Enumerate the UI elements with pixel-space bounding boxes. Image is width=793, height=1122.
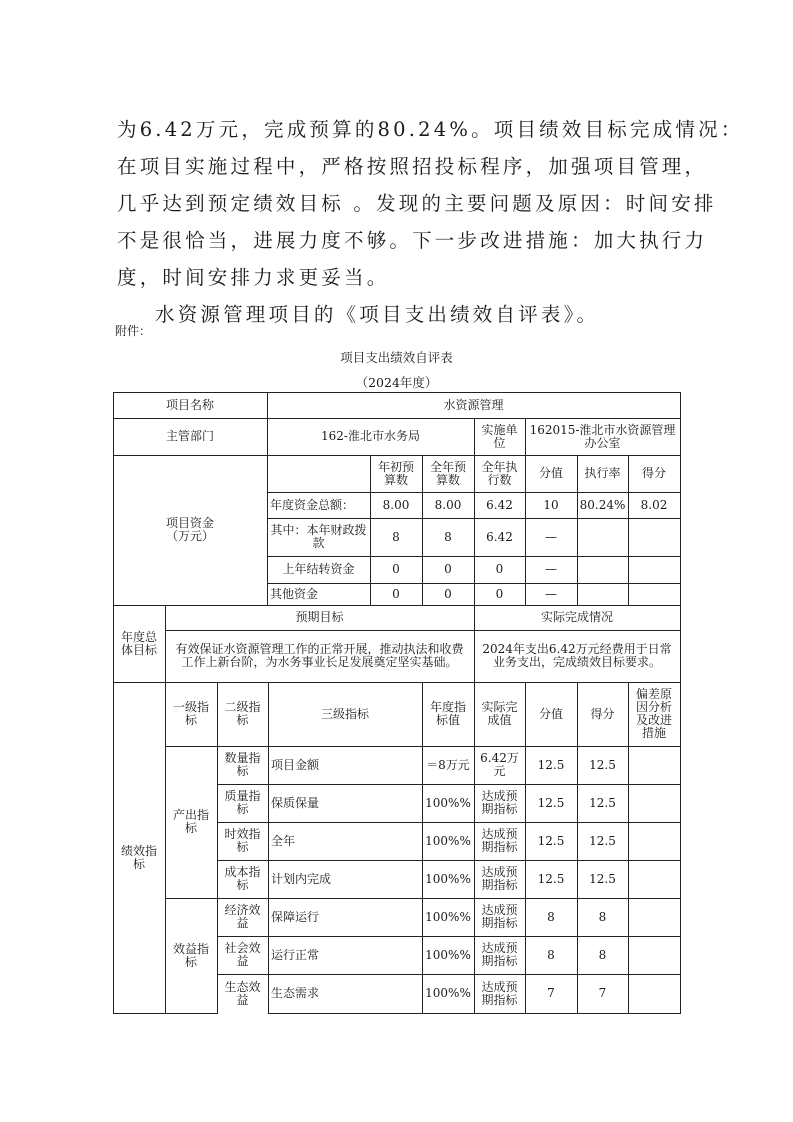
project-name-label: 项目名称 (113, 392, 267, 418)
funds-cell (628, 556, 680, 583)
perf-level3: 运行正常 (268, 936, 422, 974)
actual-completion-header: 实际完成情况 (474, 605, 680, 630)
perf-level3: 全年 (268, 822, 422, 860)
perf-level1-output: 产出指标 (165, 746, 217, 898)
perf-score: 12.5 (577, 784, 628, 822)
perf-header-level1: 一级指标 (165, 682, 217, 746)
perf-header-actual: 实际完成值 (474, 682, 525, 746)
funds-cell: 0 (422, 556, 474, 583)
funds-cell: — (525, 556, 577, 583)
funds-cell: 8.02 (628, 492, 680, 518)
perf-deviation (628, 784, 680, 822)
perf-target: 100%% (422, 936, 474, 974)
funds-cell: — (525, 583, 577, 605)
perf-score: 8 (577, 936, 628, 974)
funds-row-name: 年度资金总额： (267, 492, 370, 518)
perf-level3: 生态需求 (268, 974, 422, 1013)
perf-header-level3: 三级指标 (268, 682, 422, 746)
perf-actual: 达成预期指标 (474, 784, 525, 822)
funds-cell (628, 518, 680, 556)
perf-level3: 保障运行 (268, 898, 422, 936)
perf-target: 100%% (422, 784, 474, 822)
perf-target: 100%% (422, 974, 474, 1013)
perf-target: 100%% (422, 898, 474, 936)
funds-cell: 10 (525, 492, 577, 518)
perf-score-value: 12.5 (525, 784, 577, 822)
funds-row-name: 上年结转资金 (267, 556, 370, 583)
perf-score-value: 12.5 (525, 746, 577, 784)
funds-cell (577, 518, 628, 556)
dept-label: 主管部门 (113, 418, 267, 455)
perf-deviation (628, 974, 680, 1013)
funds-cell: — (525, 518, 577, 556)
funds-header-initial: 年初预算数 (370, 455, 422, 492)
perf-target: 100%% (422, 860, 474, 898)
funds-header-executed: 全年执行数 (474, 455, 525, 492)
perf-deviation (628, 822, 680, 860)
perf-level3: 保质保量 (268, 784, 422, 822)
perf-actual: 达成预期指标 (474, 822, 525, 860)
funds-cell: 8 (370, 518, 422, 556)
perf-level2: 生态效益 (217, 974, 268, 1013)
funds-cell: 0 (474, 556, 525, 583)
impl-unit-value: 162015-淮北市水资源管理办公室 (525, 418, 680, 455)
funds-row-name: 其中：本年财政拨款 (267, 518, 370, 556)
performance-label: 绩效指标 (113, 682, 165, 1013)
perf-level2: 社会效益 (217, 936, 268, 974)
perf-score-value: 8 (525, 936, 577, 974)
perf-header-deviation: 偏差原因分析及改进措施 (628, 682, 680, 746)
perf-level2: 时效指标 (217, 822, 268, 860)
project-name-value: 水资源管理 (267, 392, 680, 418)
funds-cell (577, 583, 628, 605)
perf-level2: 质量指标 (217, 784, 268, 822)
funds-header-score: 得分 (628, 455, 680, 492)
perf-score-value: 8 (525, 898, 577, 936)
perf-score-value: 7 (525, 974, 577, 1013)
funds-cell: 6.42 (474, 518, 525, 556)
actual-completion-text: 2024年支出6.42万元经费用于日常业务支出，完成绩效目标要求。 (474, 630, 680, 682)
perf-level3: 项目金额 (268, 746, 422, 784)
funds-cell: 0 (370, 583, 422, 605)
dept-value: 162-淮北市水务局 (267, 418, 474, 455)
perf-level2: 数量指标 (217, 746, 268, 784)
funds-cell (628, 583, 680, 605)
perf-header-level2: 二级指标 (217, 682, 268, 746)
self-evaluation-table: 项目名称 水资源管理 主管部门 162-淮北市水务局 实施单位 162015-淮… (0, 0, 793, 1122)
perf-deviation (628, 898, 680, 936)
perf-score: 7 (577, 974, 628, 1013)
perf-score: 12.5 (577, 746, 628, 784)
perf-level1-benefit: 效益指标 (165, 898, 217, 1013)
annual-goal-label: 年度总体目标 (113, 605, 165, 682)
perf-target: 100%% (422, 822, 474, 860)
funds-header-annual: 全年预算数 (422, 455, 474, 492)
perf-deviation (628, 860, 680, 898)
perf-score: 12.5 (577, 822, 628, 860)
perf-actual: 达成预期指标 (474, 860, 525, 898)
funds-cell: 6.42 (474, 492, 525, 518)
funds-header-score-value: 分值 (525, 455, 577, 492)
funds-cell: 0 (474, 583, 525, 605)
expected-goal-header: 预期目标 (165, 605, 474, 630)
funds-row-name: 其他资金 (267, 583, 370, 605)
funds-cell: 0 (370, 556, 422, 583)
perf-deviation (628, 746, 680, 784)
perf-actual: 达成预期指标 (474, 974, 525, 1013)
funds-cell: 80.24% (577, 492, 628, 518)
funds-cell: 8 (422, 518, 474, 556)
perf-actual: 达成预期指标 (474, 898, 525, 936)
funds-label: 项目资金 （万元） (113, 455, 267, 605)
perf-score: 12.5 (577, 860, 628, 898)
funds-header-rate: 执行率 (577, 455, 628, 492)
funds-cell: 8.00 (422, 492, 474, 518)
perf-header-score-value: 分值 (525, 682, 577, 746)
perf-level3: 计划内完成 (268, 860, 422, 898)
perf-header-score: 得分 (577, 682, 628, 746)
expected-goal-text: 有效保证水资源管理工作的正常开展，推动执法和收费工作上新台阶，为水务事业长足发展… (165, 630, 474, 682)
funds-cell: 8.00 (370, 492, 422, 518)
perf-actual: 6.42万元 (474, 746, 525, 784)
perf-level2: 成本指标 (217, 860, 268, 898)
funds-cell (577, 556, 628, 583)
perf-score-value: 12.5 (525, 860, 577, 898)
perf-level2: 经济效益 (217, 898, 268, 936)
perf-deviation (628, 936, 680, 974)
impl-unit-label: 实施单位 (474, 418, 525, 455)
perf-header-target: 年度指标值 (422, 682, 474, 746)
perf-score-value: 12.5 (525, 822, 577, 860)
perf-score: 8 (577, 898, 628, 936)
perf-target: ＝8万元 (422, 746, 474, 784)
perf-actual: 达成预期指标 (474, 936, 525, 974)
funds-cell: 0 (422, 583, 474, 605)
